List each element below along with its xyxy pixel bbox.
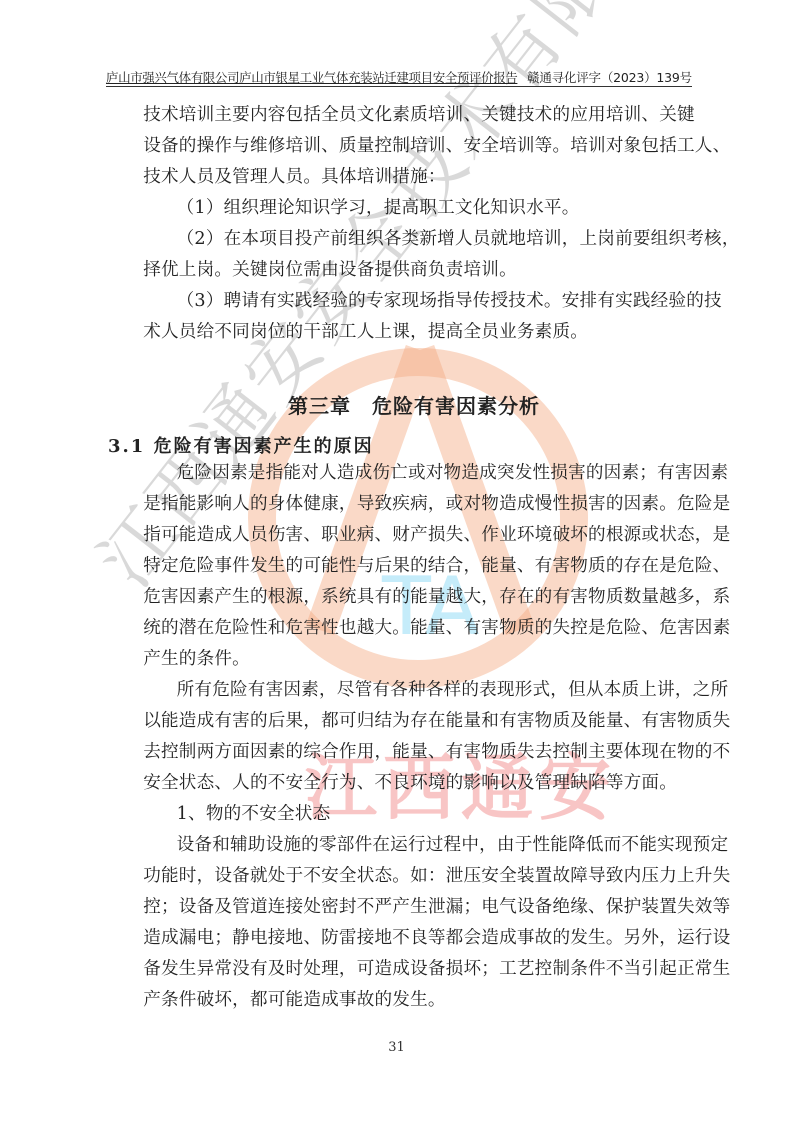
header-doc-number: 赣通寻化评字（2023）139号 [527,68,692,86]
paragraph: （3）聘请有实践经验的专家现场指导传授技术。安排有实践经验的技 术人员给不同岗位… [108,286,720,348]
section-body: 危险因素是指能对人造成伤亡或对物造成突发性损害的因素；有害因素 是指能影响人的身… [108,458,720,1016]
paragraph: （1）组织理论知识学习，提高职工文化知识水平。 [108,193,720,224]
paragraph: （2）在本项目投产前组织各类新增人员就地培训，上岗前要组织考核， 择优上岗。关键… [108,224,720,286]
subheading: 1、物的不安全状态 [108,799,720,830]
page-header: 庐山市强兴气体有限公司庐山市银星工业气体充装站迁建项目安全预评价报告 赣通寻化评… [106,66,692,87]
paragraph: 所有危险有害因素，尽管有各种各样的表现形式，但从本质上讲，之所 以能造成有害的后… [108,675,720,799]
chapter-title: 第三章 危险有害因素分析 [108,390,720,419]
intro-section: 技术培训主要内容包括全员文化素质培训、关键技术的应用培训、关键 设备的操作与维修… [108,100,720,348]
paragraph: 危险因素是指能对人造成伤亡或对物造成突发性损害的因素；有害因素 是指能影响人的身… [108,458,720,675]
document-page: TA 江西通安 江西通安安全技术有限公司 庐山市强兴气体有限公司庐山市银星工业气… [0,0,793,1122]
paragraph: 设备和辅助设施的零部件在运行过程中，由于性能降低而不能实现预定 功能时，设备就处… [108,830,720,1016]
section-title: 3.1 危险有害因素产生的原因 [108,432,374,458]
header-report-title: 庐山市强兴气体有限公司庐山市银星工业气体充装站迁建项目安全预评价报告 [106,68,517,86]
paragraph: 技术培训主要内容包括全员文化素质培训、关键技术的应用培训、关键 设备的操作与维修… [108,100,720,193]
page-number: 31 [0,1040,793,1055]
